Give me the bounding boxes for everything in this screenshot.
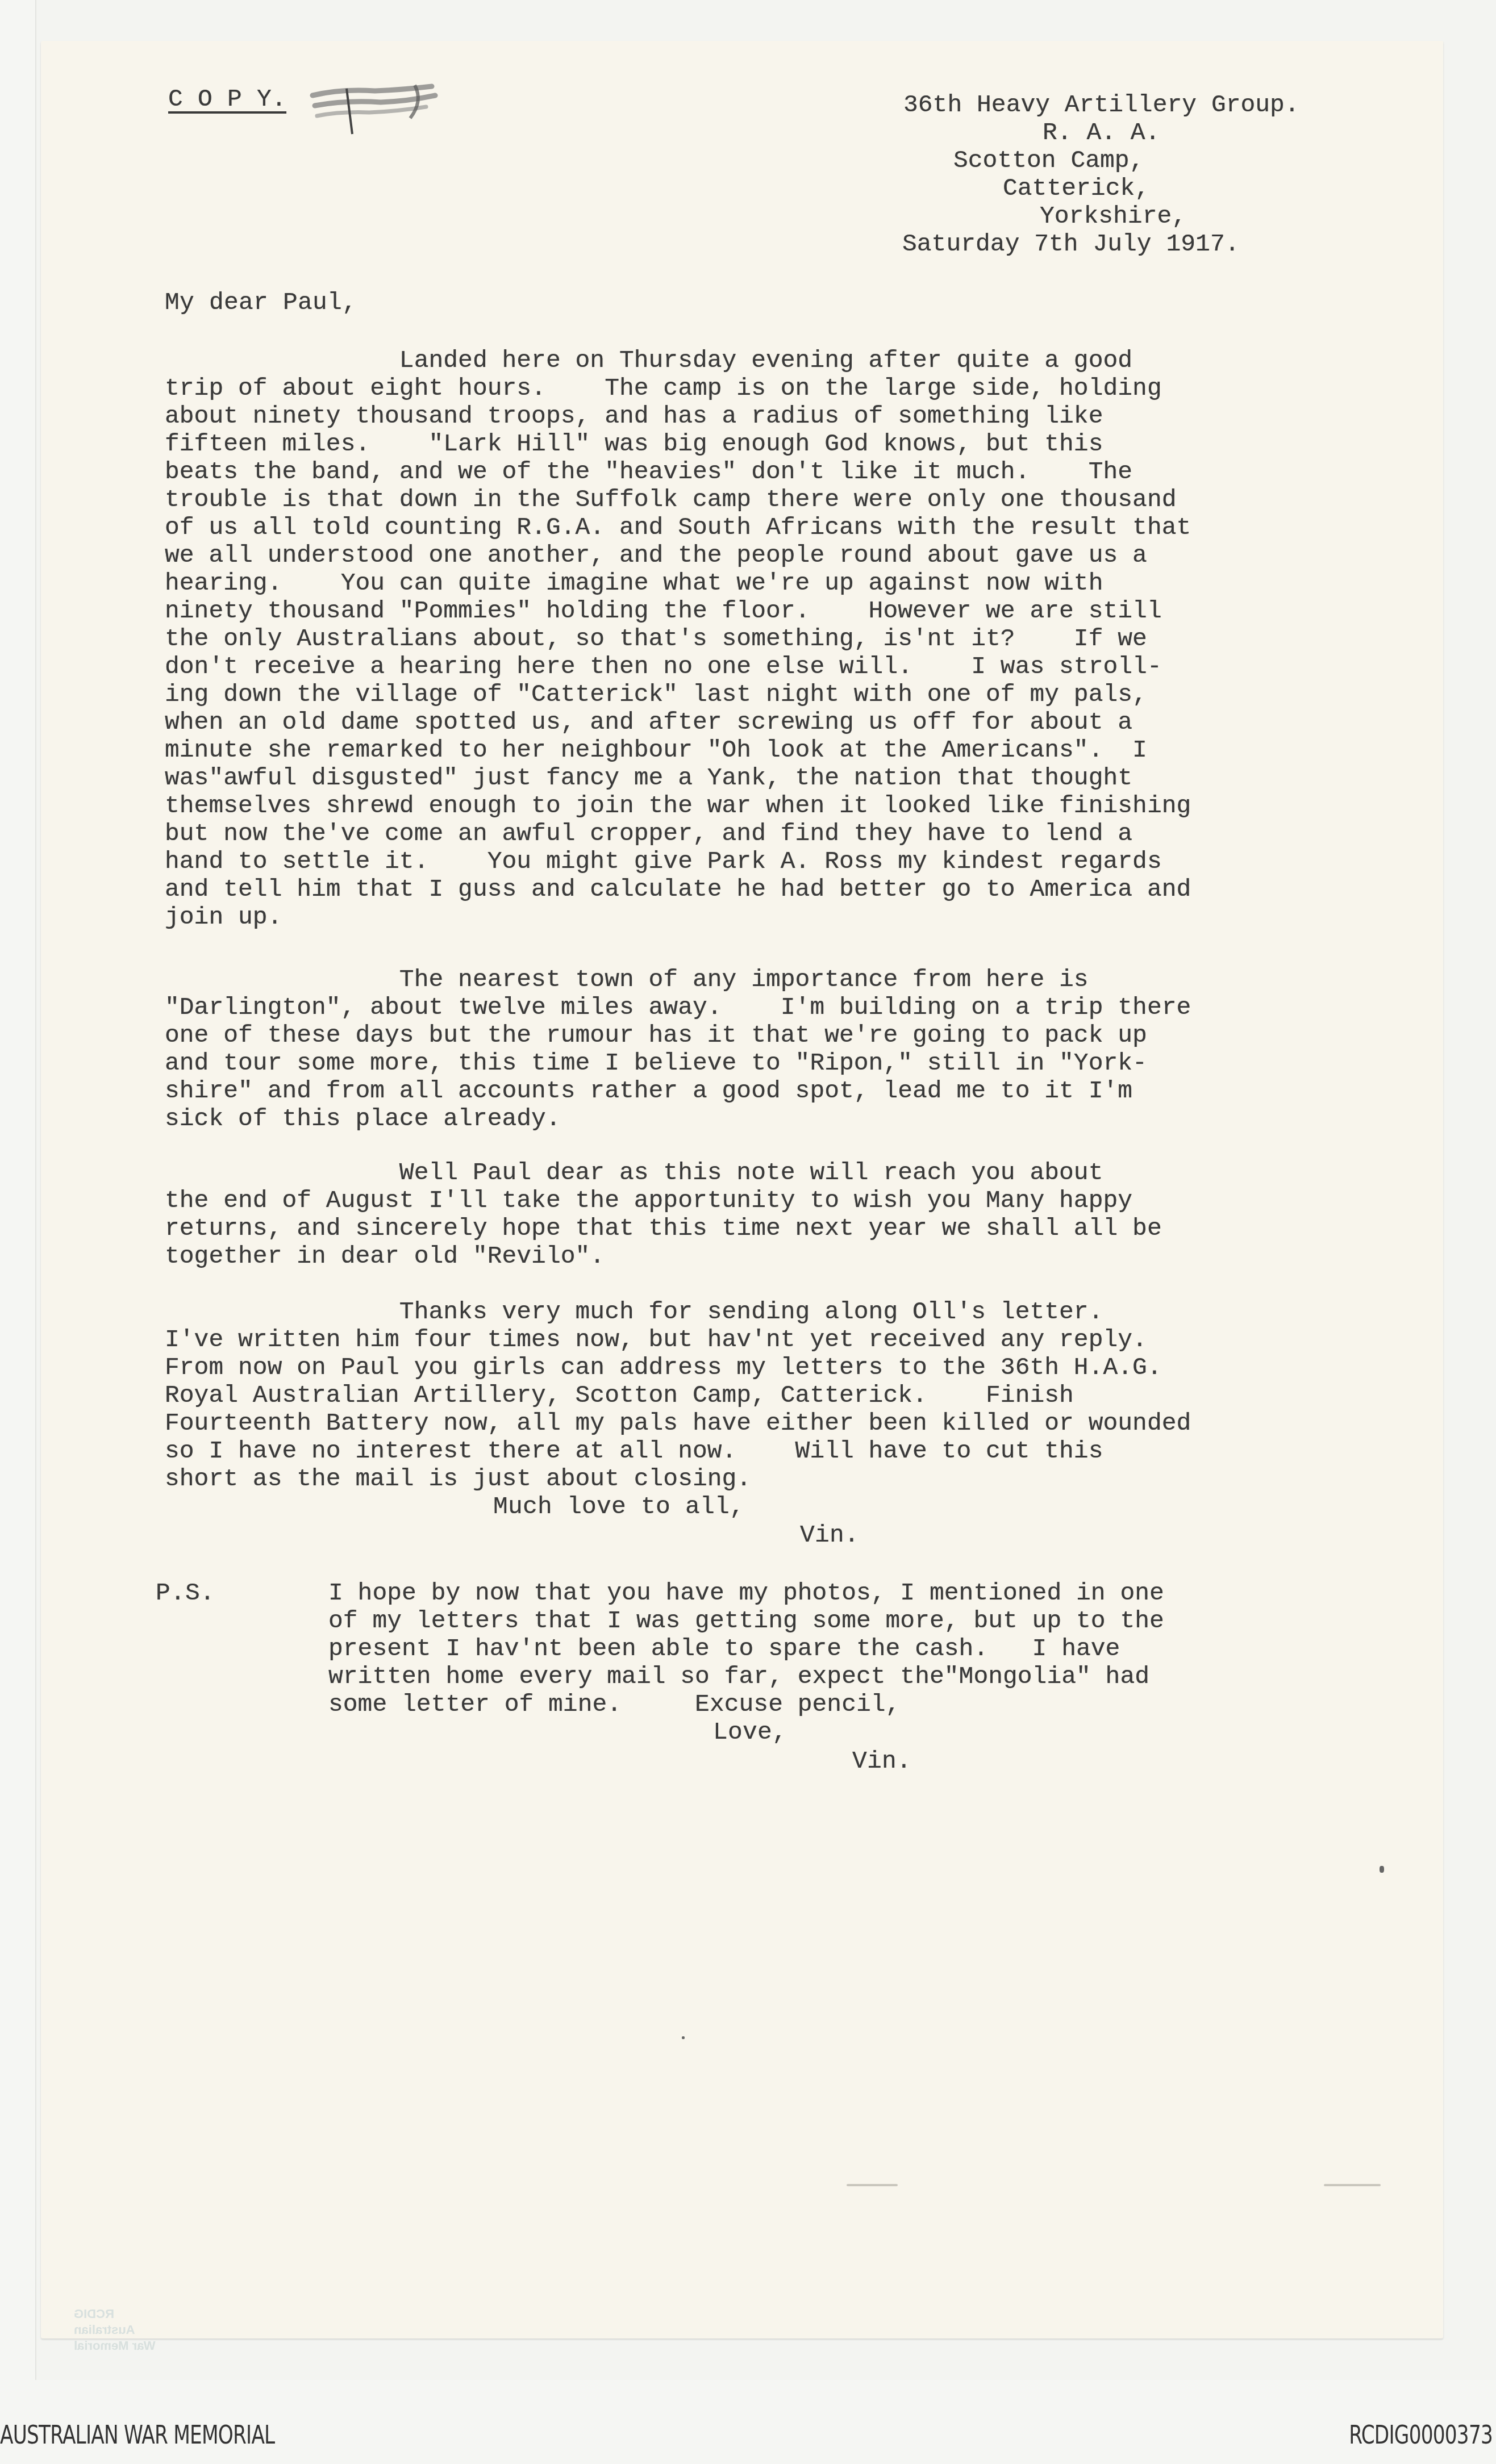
address-unit: 36th Heavy Artillery Group. bbox=[903, 91, 1299, 119]
paragraph-3: Well Paul dear as this note will reach y… bbox=[165, 1159, 1386, 1270]
text-line: Well Paul dear as this note will reach y… bbox=[165, 1159, 1386, 1187]
text-line: Fourteenth Battery now, all my pals have… bbox=[165, 1409, 1386, 1437]
ghost-stamp-line: War Memorial bbox=[74, 2338, 155, 2354]
text-line: about ninety thousand troops, and has a … bbox=[165, 402, 1386, 430]
text-line: fifteen miles. "Lark Hill" was big enoug… bbox=[165, 430, 1386, 458]
postscript-body: I hope by now that you have my photos, I… bbox=[328, 1579, 1164, 1718]
record-id: RCDIG0000373 bbox=[1349, 2421, 1493, 2450]
text-line: trouble is that down in the Suffolk camp… bbox=[165, 486, 1386, 513]
text-line: was"awful disgusted" just fancy me a Yan… bbox=[165, 764, 1386, 792]
address-county: Yorkshire, bbox=[1040, 202, 1186, 230]
text-line: and tell him that I guss and calculate h… bbox=[165, 875, 1386, 903]
text-line: Royal Australian Artillery, Scotton Camp… bbox=[165, 1381, 1386, 1409]
text-line: some letter of mine. Excuse pencil, bbox=[328, 1690, 1164, 1718]
text-line: so I have no interest there at all now. … bbox=[165, 1437, 1386, 1465]
address-corps: R. A. A. bbox=[1043, 119, 1160, 147]
postscript-valediction: Love, bbox=[713, 1718, 787, 1746]
text-line: From now on Paul you girls can address m… bbox=[165, 1354, 1386, 1381]
address-camp: Scotton Camp, bbox=[953, 147, 1144, 174]
text-line: of us all told counting R.G.A. and South… bbox=[165, 513, 1386, 541]
paragraph-1: Landed here on Thursday evening after qu… bbox=[165, 346, 1386, 931]
text-line: when an old dame spotted us, and after s… bbox=[165, 708, 1386, 736]
pencil-annotation-icon bbox=[307, 78, 443, 135]
signature: Vin. bbox=[800, 1521, 859, 1549]
text-line: we all understood one another, and the p… bbox=[165, 541, 1386, 569]
ink-speck bbox=[1380, 1866, 1384, 1873]
text-line: shire" and from all accounts rather a go… bbox=[165, 1077, 1386, 1105]
text-line: "Darlington", about twelve miles away. I… bbox=[165, 993, 1386, 1021]
text-line: trip of about eight hours. The camp is o… bbox=[165, 374, 1386, 402]
text-line: together in dear old "Revilo". bbox=[165, 1242, 1386, 1270]
text-line: I've written him four times now, but hav… bbox=[165, 1326, 1386, 1354]
text-line: hearing. You can quite imagine what we'r… bbox=[165, 569, 1386, 597]
copy-label: C O P Y. bbox=[168, 85, 286, 113]
paragraph-2: The nearest town of any importance from … bbox=[165, 966, 1386, 1133]
paper-smudge bbox=[847, 2184, 898, 2186]
text-line: beats the band, and we of the "heavies" … bbox=[165, 458, 1386, 486]
text-line: don't receive a hearing here then no one… bbox=[165, 653, 1386, 680]
text-line: and tour some more, this time I believe … bbox=[165, 1049, 1386, 1077]
text-line: I hope by now that you have my photos, I… bbox=[328, 1579, 1164, 1607]
text-line: join up. bbox=[165, 903, 1386, 931]
salutation: My dear Paul, bbox=[165, 289, 357, 316]
text-line: sick of this place already. bbox=[165, 1105, 1386, 1133]
ghost-stamp-line: Australian bbox=[74, 2322, 155, 2338]
text-line: hand to settle it. You might give Park A… bbox=[165, 847, 1386, 875]
text-line: but now the've come an awful cropper, an… bbox=[165, 820, 1386, 847]
letter-date: Saturday 7th July 1917. bbox=[902, 230, 1240, 258]
valediction: Much love to all, bbox=[493, 1493, 744, 1521]
text-line: short as the mail is just about closing. bbox=[165, 1465, 1386, 1493]
text-line: of my letters that I was getting some mo… bbox=[328, 1607, 1164, 1635]
text-line: Landed here on Thursday evening after qu… bbox=[165, 346, 1386, 374]
institution-label: AUSTRALIAN WAR MEMORIAL bbox=[0, 2421, 274, 2450]
text-line: ing down the village of "Catterick" last… bbox=[165, 680, 1386, 708]
text-line: The nearest town of any importance from … bbox=[165, 966, 1386, 993]
text-line: the end of August I'll take the apportun… bbox=[165, 1187, 1386, 1214]
paper-smudge bbox=[1324, 2184, 1381, 2186]
ghost-stamp-line: RCDIG bbox=[74, 2306, 155, 2322]
ink-speck bbox=[682, 2036, 685, 2039]
text-line: themselves shrewd enough to join the war… bbox=[165, 792, 1386, 820]
text-line: ninety thousand "Pommies" holding the fl… bbox=[165, 597, 1386, 625]
text-line: written home every mail so far, expect t… bbox=[328, 1663, 1164, 1690]
text-line: minute she remarked to her neighbour "Oh… bbox=[165, 736, 1386, 764]
address-town: Catterick, bbox=[1003, 174, 1149, 202]
paragraph-4: Thanks very much for sending along Oll's… bbox=[165, 1298, 1386, 1493]
text-line: returns, and sincerely hope that this ti… bbox=[165, 1214, 1386, 1242]
text-line: Thanks very much for sending along Oll's… bbox=[165, 1298, 1386, 1326]
postscript-signature: Vin. bbox=[852, 1747, 911, 1775]
text-line: the only Australians about, so that's so… bbox=[165, 625, 1386, 653]
text-line: present I hav'nt been able to spare the … bbox=[328, 1635, 1164, 1663]
postscript-label: P.S. bbox=[156, 1579, 215, 1607]
ghost-stamp: RCDIG Australian War Memorial bbox=[74, 2306, 155, 2354]
text-line: one of these days but the rumour has it … bbox=[165, 1021, 1386, 1049]
